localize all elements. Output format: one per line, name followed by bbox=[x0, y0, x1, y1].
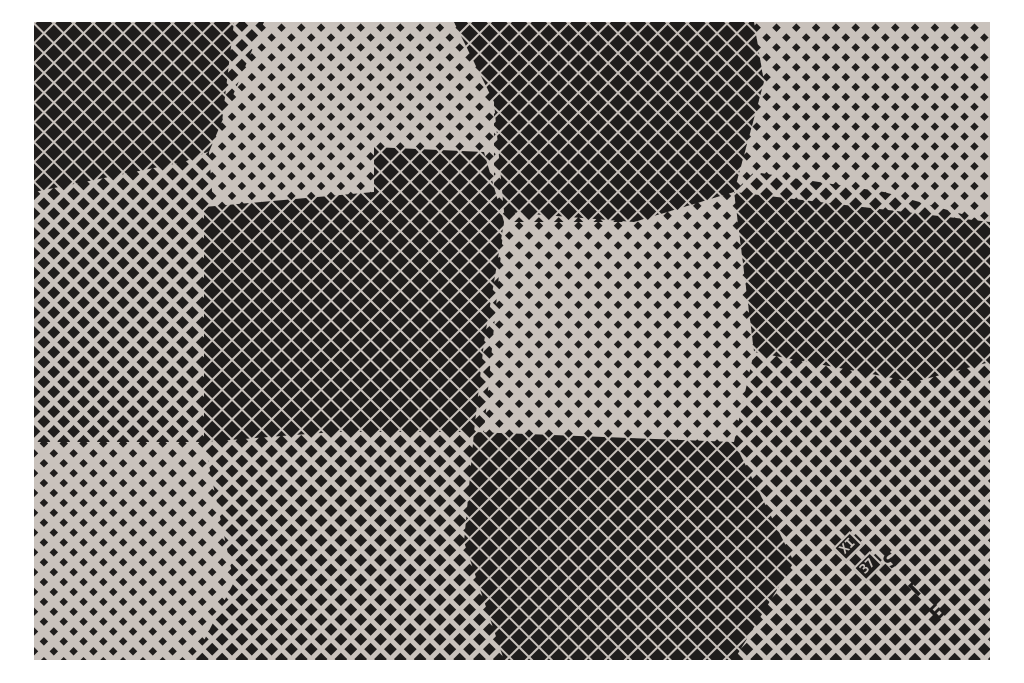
lattice-artwork bbox=[34, 22, 990, 660]
light-patch-center bbox=[484, 192, 754, 462]
lattice-canvas bbox=[34, 22, 990, 660]
dark-patch-right bbox=[734, 192, 990, 382]
dark-patch-lower-center bbox=[464, 432, 794, 660]
light-patch-bottom-left bbox=[34, 442, 234, 660]
